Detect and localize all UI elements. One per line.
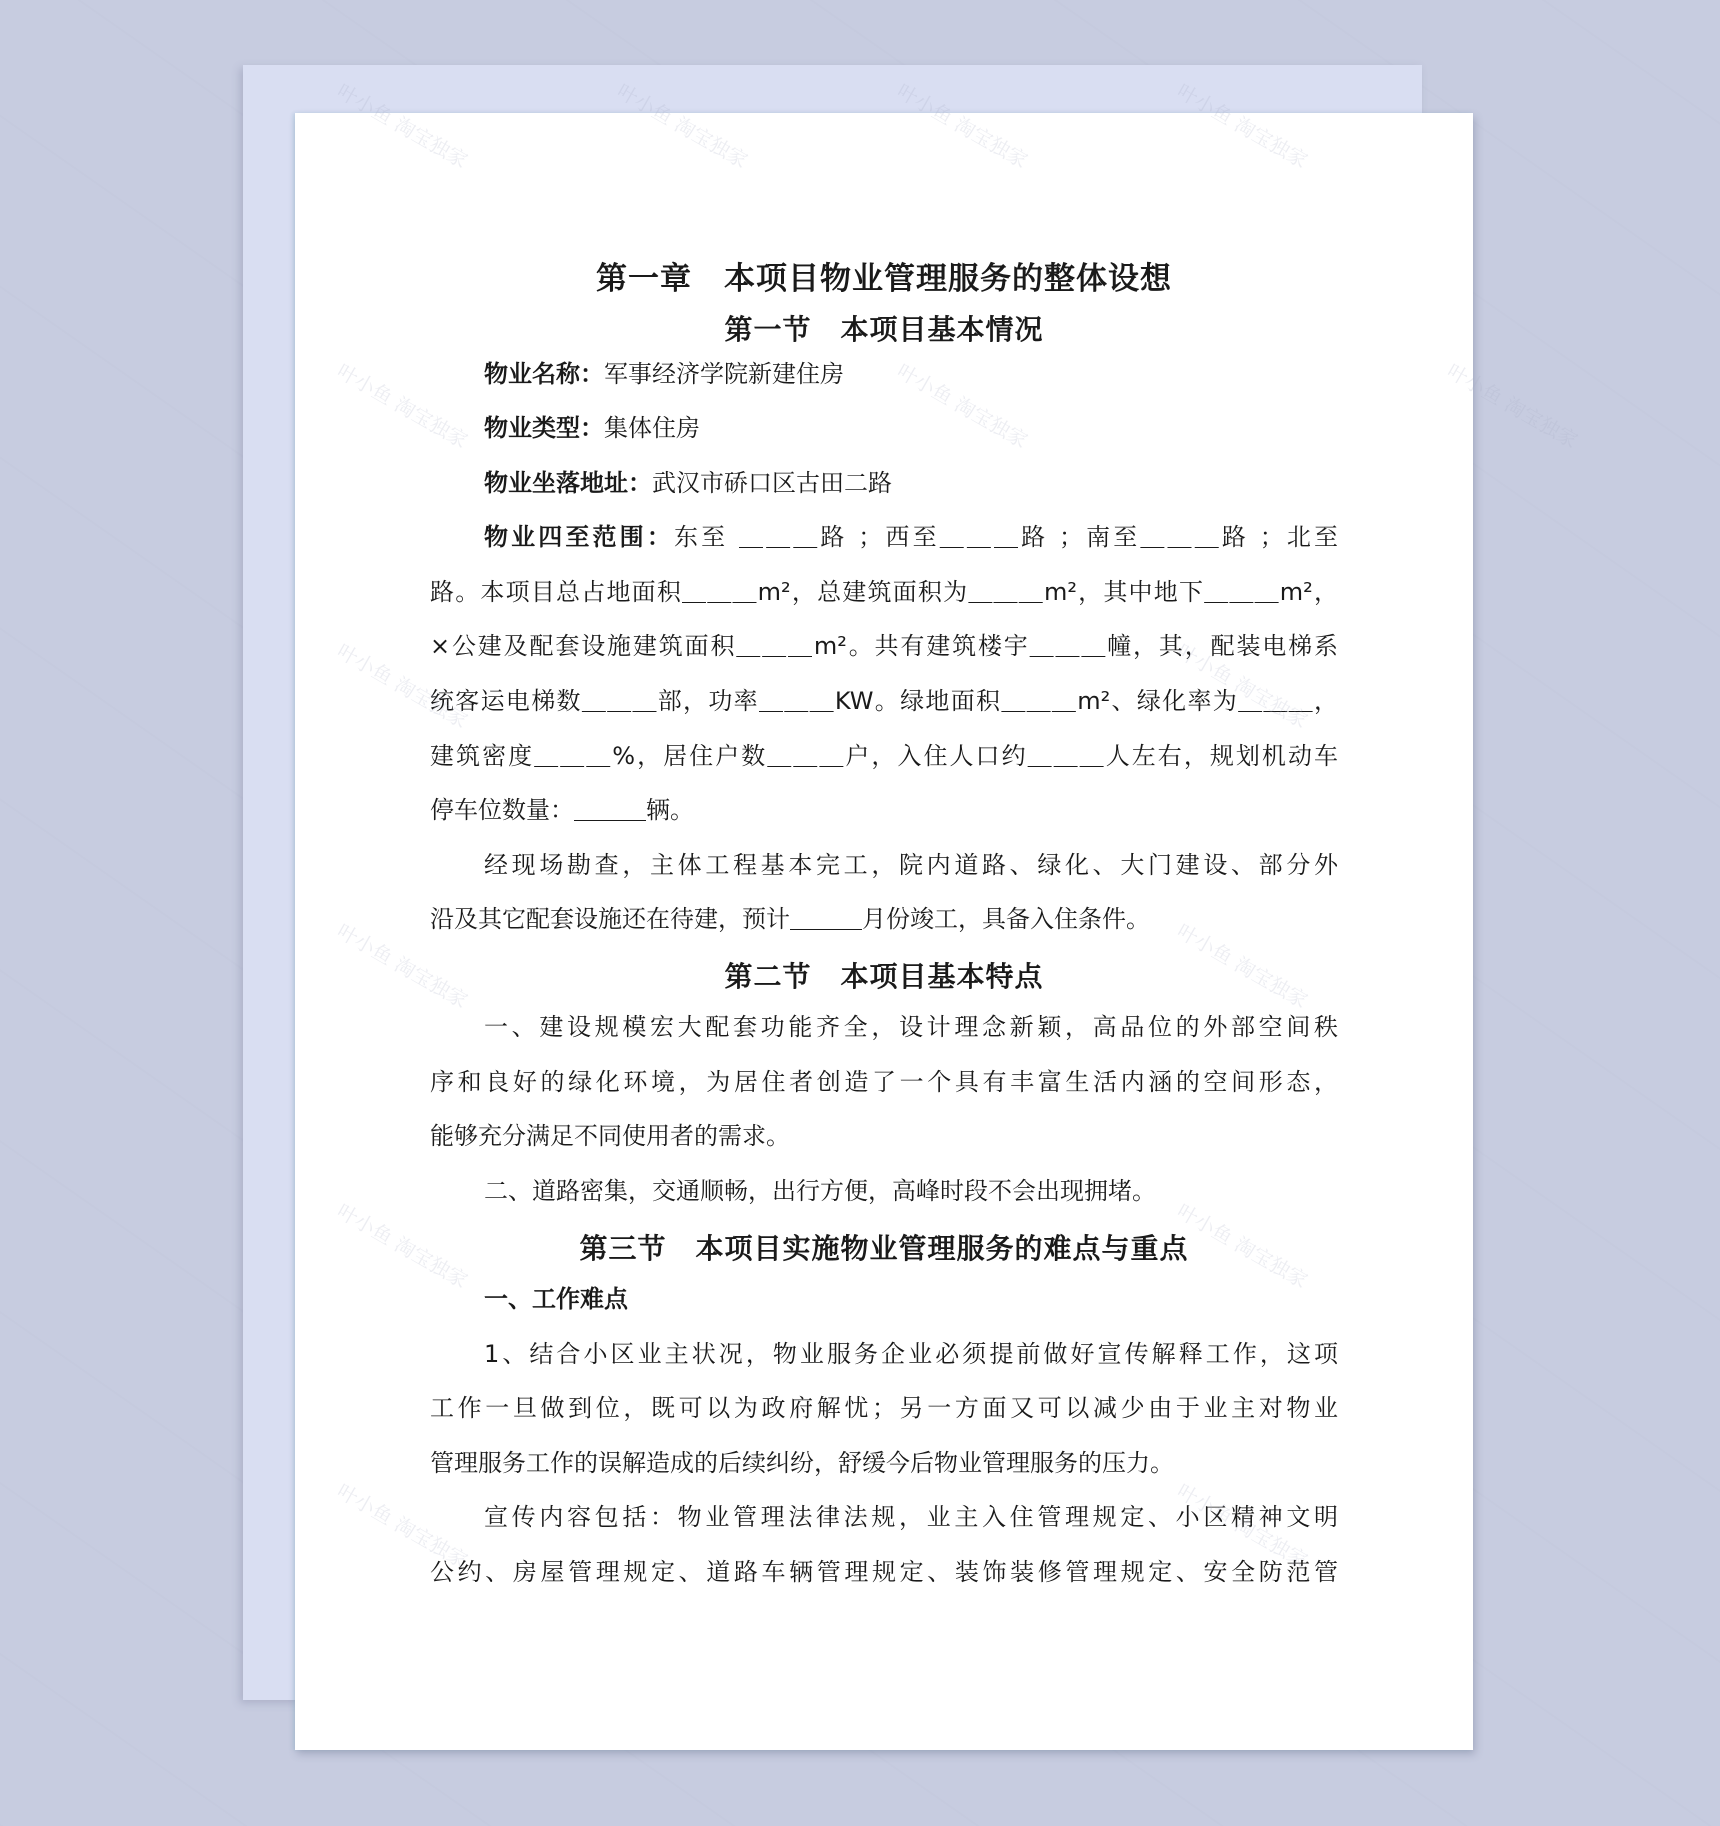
field-label: 物业坐落地址： — [484, 469, 652, 497]
field-label: 物业类型： — [484, 414, 604, 442]
field-value: 军事经济学院新建住房 — [604, 360, 844, 388]
field-property-address: 物业坐落地址：武汉市硚口区古田二路 — [430, 468, 1338, 498]
paragraph-line: 宣传内容包括：物业管理法律法规，业主入住管理规定、小区精神文明 — [430, 1502, 1338, 1532]
paragraph-line: 能够充分满足不同使用者的需求。 — [430, 1121, 1338, 1151]
paragraph-line: 工作一旦做到位，既可以为政府解忧；另一方面又可以减少由于业主对物业 — [430, 1393, 1338, 1423]
field-property-scope: 物业四至范围：东至 ＿＿＿路 ；西至＿＿＿路 ；南至＿＿＿路 ；北至 — [430, 522, 1338, 552]
field-value: 集体住房 — [604, 414, 700, 442]
section-title-3: 第三节 本项目实施物业管理服务的难点与重点 — [430, 1227, 1338, 1267]
field-property-type: 物业类型：集体住房 — [430, 413, 1338, 443]
section-title-2: 第二节 本项目基本特点 — [430, 955, 1338, 995]
paragraph-line: 一、建设规模宏大配套功能齐全，设计理念新颖，高品位的外部空间秩 — [430, 1012, 1338, 1042]
paragraph-line: 序和良好的绿化环境，为居住者创造了一个具有丰富生活内涵的空间形态， — [430, 1067, 1338, 1097]
paragraph-line: 路。本项目总占地面积＿＿＿m²，总建筑面积为＿＿＿m²，其中地下＿＿＿m²， — [430, 577, 1338, 607]
paragraph-line: 停车位数量：＿＿＿辆。 — [430, 795, 1338, 825]
paragraph-line: 建筑密度＿＿＿%，居住户数＿＿＿户，入住人口约＿＿＿人左右，规划机动车 — [430, 741, 1338, 771]
field-value: 东至 ＿＿＿路 ；西至＿＿＿路 ；南至＿＿＿路 ；北至 — [674, 523, 1338, 551]
paragraph-line: 经现场勘查，主体工程基本完工，院内道路、绿化、大门建设、部分外 — [430, 850, 1338, 880]
field-label: 物业四至范围： — [484, 523, 674, 551]
paragraph-line: 公约、房屋管理规定、道路车辆管理规定、装饰装修管理规定、安全防范管 — [430, 1557, 1338, 1587]
chapter-title: 第一章 本项目物业管理服务的整体设想 — [430, 253, 1338, 298]
field-label: 物业名称： — [484, 360, 604, 388]
field-property-name: 物业名称：军事经济学院新建住房 — [430, 359, 1338, 389]
paragraph-line: 管理服务工作的误解造成的后续纠纷，舒缓今后物业管理服务的压力。 — [430, 1448, 1338, 1478]
subheading-work-difficulties: 一、工作难点 — [430, 1284, 1338, 1314]
paragraph-line: 统客运电梯数＿＿＿部，功率＿＿＿KW。绿地面积＿＿＿m²、绿化率为＿＿＿， — [430, 686, 1338, 716]
paragraph-line: 1、结合小区业主状况，物业服务企业必须提前做好宣传解释工作，这项 — [430, 1339, 1338, 1369]
section-title-1: 第一节 本项目基本情况 — [430, 308, 1338, 348]
paragraph-line: 沿及其它配套设施还在待建，预计＿＿＿月份竣工，具备入住条件。 — [430, 904, 1338, 934]
paragraph-line: 二、道路密集，交通顺畅，出行方便，高峰时段不会出现拥堵。 — [430, 1176, 1338, 1206]
paragraph-line: ×公建及配套设施建筑面积＿＿＿m²。共有建筑楼宇＿＿＿幢，其，配装电梯系 — [430, 631, 1338, 661]
front-page-sheet: 第一章 本项目物业管理服务的整体设想 第一节 本项目基本情况 物业名称：军事经济… — [295, 113, 1473, 1750]
field-value: 武汉市硚口区古田二路 — [652, 469, 892, 497]
